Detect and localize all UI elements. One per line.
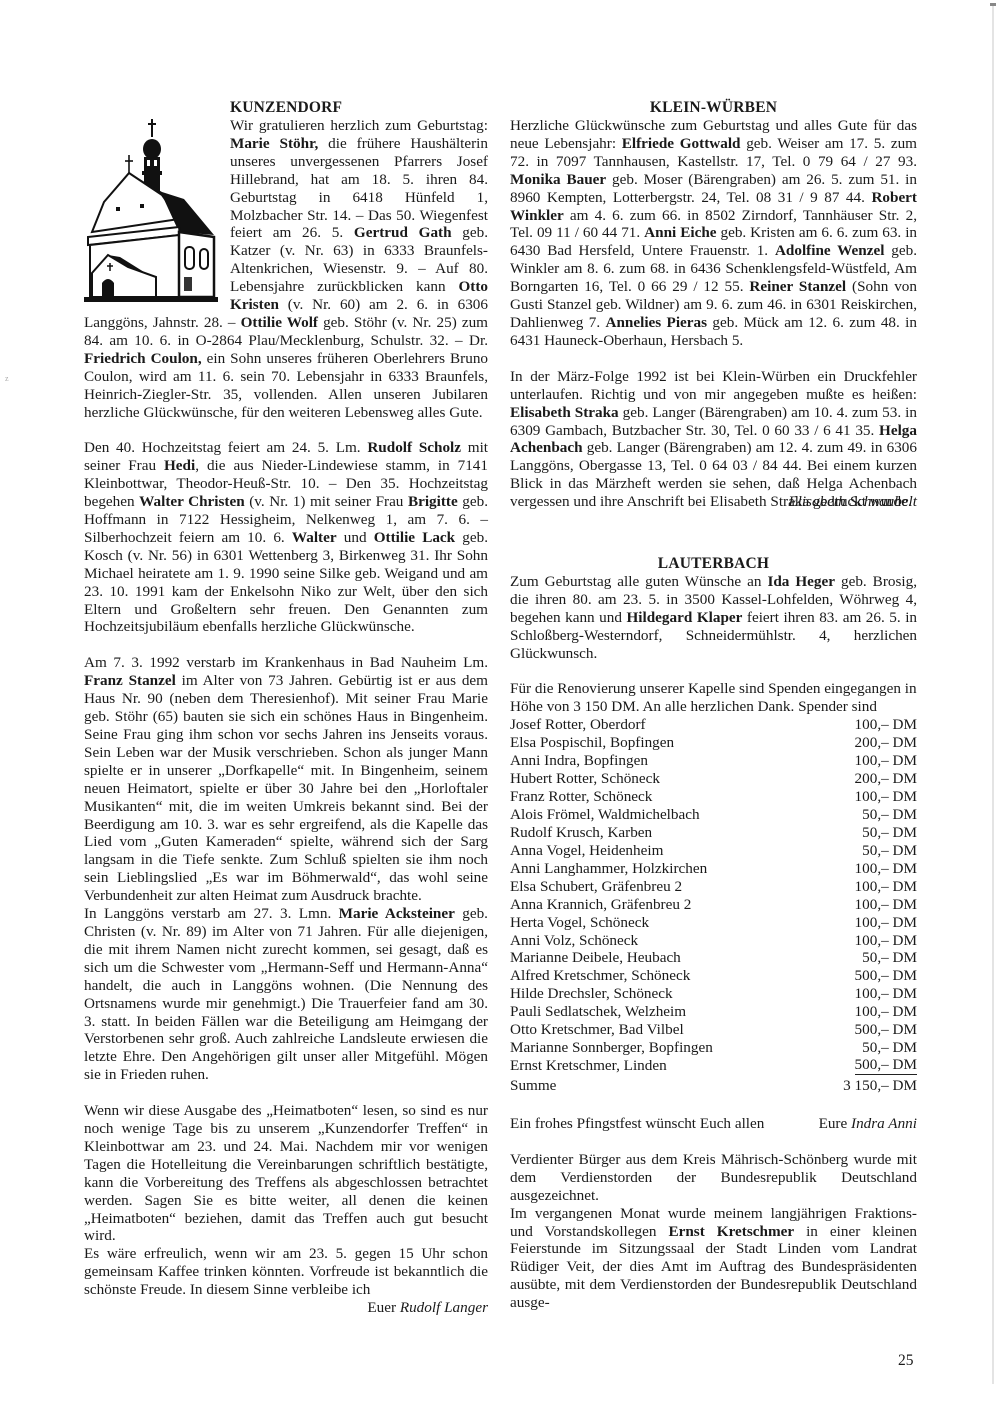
award-headline-paragraph: Verdienter Bürger aus dem Kreis Mährisch… xyxy=(510,1151,917,1205)
donation-row: Alfred Kretschmer, Schöneck500,– DM xyxy=(510,967,917,985)
sum-amount: 3 150,– DM xyxy=(843,1077,917,1097)
donation-amount: 50,– DM xyxy=(862,806,917,824)
person-name: Marie Acksteiner xyxy=(339,905,455,922)
person-name: Monika Bauer xyxy=(510,171,606,188)
donation-row: Franz Rotter, Schöneck100,– DM xyxy=(510,788,917,806)
person-name: Adolfine Wenzel xyxy=(775,242,885,259)
donation-row: Marianne Sonnberger, Bopfingen50,– DM xyxy=(510,1039,917,1057)
text-run: im Alter von 73 Jahren. Gebürtig ist er … xyxy=(84,672,488,904)
page-number: 25 xyxy=(898,1352,914,1370)
person-name: Brigitte xyxy=(408,493,458,510)
text-run: geb. Christen (v. Nr. 89) im Alter von 7… xyxy=(84,905,488,1083)
page-edge-shadow xyxy=(992,4,994,1384)
person-name: Anni Eiche xyxy=(644,224,716,241)
donation-row: Elsa Schubert, Gräfenbreu 2100,– DM xyxy=(510,878,917,896)
person-name: Hildegard Klaper xyxy=(626,609,742,626)
donor-name: Hilde Drechsler, Schöneck xyxy=(510,985,673,1003)
person-name: Marie Stöhr, xyxy=(230,135,318,152)
person-name: Ida Heger xyxy=(767,573,835,590)
donation-row: Elsa Pospischil, Bopfingen200,– DM xyxy=(510,734,917,752)
donation-row: Ernst Kretschmer, Linden500,– DM xyxy=(510,1057,917,1075)
person-name: Friedrich Coulon, xyxy=(84,350,202,367)
signature-rudolf-langer: Euer Rudolf Langer xyxy=(84,1299,488,1317)
donation-amount: 500,– DM xyxy=(855,1021,917,1039)
person-name: Elfriede Gottwald xyxy=(622,135,741,152)
donation-amount: 500,– DM xyxy=(855,1057,917,1075)
person-name: Annelies Pieras xyxy=(606,314,708,331)
donor-name: Marianne Sonnberger, Bopfingen xyxy=(510,1039,713,1057)
church-illustration xyxy=(84,107,220,307)
donor-name: Pauli Sedlatschek, Welzheim xyxy=(510,1003,686,1021)
donation-amount: 100,– DM xyxy=(855,914,917,932)
donation-row: Josef Rotter, Oberdorf100,– DM xyxy=(510,716,917,734)
donations-sum-row: Summe 3 150,– DM xyxy=(510,1077,917,1097)
donation-amount: 100,– DM xyxy=(855,716,917,734)
text-run: In Langgöns verstarb am 27. 3. Lmn. xyxy=(84,905,339,922)
donation-row: Alois Frömel, Waldmichelbach50,– DM xyxy=(510,806,917,824)
greeting-signature: Eure Indra Anni xyxy=(819,1115,917,1133)
donation-amount: 100,– DM xyxy=(855,896,917,914)
donor-name: Alois Frömel, Waldmichelbach xyxy=(510,806,700,824)
text-run: und xyxy=(337,529,374,546)
donations-intro: Für die Renovierung unserer Kapelle sind… xyxy=(510,680,917,716)
donor-name: Anni Volz, Schöneck xyxy=(510,932,638,950)
donation-row: Herta Vogel, Schöneck100,– DM xyxy=(510,914,917,932)
donation-row: Hubert Rotter, Schöneck200,– DM xyxy=(510,770,917,788)
pfingst-greeting: Ein frohes Pfingstfest wünscht Euch alle… xyxy=(510,1115,917,1133)
kunzendorf-anniversaries-paragraph: Den 40. Hochzeitstag feiert am 24. 5. Lm… xyxy=(84,439,488,636)
award-body-paragraph: Im vergangenen Monat wurde meinem langjä… xyxy=(510,1205,917,1312)
donor-name: Alfred Kretschmer, Schöneck xyxy=(510,967,690,985)
donation-amount: 100,– DM xyxy=(855,752,917,770)
donation-amount: 50,– DM xyxy=(862,842,917,860)
donation-row: Rudolf Krusch, Karben50,– DM xyxy=(510,824,917,842)
donation-amount: 100,– DM xyxy=(855,1003,917,1021)
text-run: Wenn wir diese Ausgabe des „Heimatboten“… xyxy=(84,1102,488,1244)
signature-name: Rudolf Langer xyxy=(400,1299,488,1316)
donor-name: Elsa Schubert, Gräfenbreu 2 xyxy=(510,878,682,896)
klein-wuerben-birthdays-paragraph: Herzliche Glückwünsche zum Geburtstag un… xyxy=(510,117,917,350)
donor-name: Anna Vogel, Heidenheim xyxy=(510,842,663,860)
donation-amount: 100,– DM xyxy=(855,932,917,950)
donor-name: Hubert Rotter, Schöneck xyxy=(510,770,660,788)
donation-amount: 100,– DM xyxy=(855,878,917,896)
donor-name: Otto Kretschmer, Bad Vilbel xyxy=(510,1021,684,1039)
donation-amount: 500,– DM xyxy=(855,967,917,985)
text-run: Zum Geburtstag alle guten Wünsche an xyxy=(510,573,767,590)
donation-row: Anna Vogel, Heidenheim50,– DM xyxy=(510,842,917,860)
donations-list: Josef Rotter, Oberdorf100,– DMElsa Pospi… xyxy=(510,716,917,1075)
person-name: Ottilie Lack xyxy=(374,529,455,546)
person-name: Ernst Kretschmer xyxy=(668,1223,794,1240)
greeting-text: Ein frohes Pfingstfest wünscht Euch alle… xyxy=(510,1115,764,1133)
donor-name: Ernst Kretschmer, Linden xyxy=(510,1057,667,1075)
donor-name: Rudolf Krusch, Karben xyxy=(510,824,652,842)
donation-row: Otto Kretschmer, Bad Vilbel500,– DM xyxy=(510,1021,917,1039)
donor-name: Herta Vogel, Schöneck xyxy=(510,914,649,932)
donation-amount: 200,– DM xyxy=(855,770,917,788)
donation-amount: 50,– DM xyxy=(862,949,917,967)
donor-name: Anni Indra, Bopfingen xyxy=(510,752,648,770)
person-name: Ottilie Wolf xyxy=(241,314,318,331)
signature-prefix: Euer xyxy=(367,1299,399,1316)
donor-name: Anna Krannich, Gräfenbreu 2 xyxy=(510,896,691,914)
donation-row: Marianne Deibele, Heubach50,– DM xyxy=(510,949,917,967)
donation-row: Anni Indra, Bopfingen100,– DM xyxy=(510,752,917,770)
text-run: Den 40. Hochzeitstag feiert am 24. 5. Lm… xyxy=(84,439,367,456)
right-column: KLEIN-WÜRBEN Herzliche Glückwünsche zum … xyxy=(510,99,917,1312)
person-name: Reiner Stanzel xyxy=(749,278,846,295)
greeting-signature-name: Indra Anni xyxy=(851,1115,917,1132)
lauterbach-birthdays-paragraph: Zum Geburtstag alle guten Wünsche an Ida… xyxy=(510,573,917,663)
person-name: Walter xyxy=(292,529,337,546)
person-name: Walter Christen xyxy=(139,493,245,510)
left-column: KUNZENDORF Wir gratulieren herzlich zum … xyxy=(84,99,488,1317)
text-run: Wir gratulieren herzlich zum Geburtstag: xyxy=(230,117,488,134)
donor-name: Elsa Pospischil, Bopfingen xyxy=(510,734,674,752)
donation-amount: 50,– DM xyxy=(862,824,917,842)
klein-wuerben-correction-paragraph: In der März-Folge 1992 ist bei Klein-Wür… xyxy=(510,368,917,511)
donation-amount: 100,– DM xyxy=(855,860,917,878)
donor-name: Marianne Deibele, Heubach xyxy=(510,949,681,967)
donation-row: Anni Langhammer, Holzkirchen100,– DM xyxy=(510,860,917,878)
person-name: Hedi xyxy=(164,457,195,474)
text-run: (v. Nr. 1) mit seiner Frau xyxy=(245,493,408,510)
donor-name: Josef Rotter, Oberdorf xyxy=(510,716,646,734)
margin-mark: z xyxy=(5,374,9,383)
person-name: Gertrud Gath xyxy=(354,224,452,241)
donation-row: Anni Volz, Schöneck100,– DM xyxy=(510,932,917,950)
treffen-coffee-paragraph: Es wäre erfreulich, wenn wir am 23. 5. g… xyxy=(84,1245,488,1299)
donor-name: Anni Langhammer, Holzkirchen xyxy=(510,860,707,878)
page-edge-mark xyxy=(990,3,996,6)
person-name: Elisabeth Straka xyxy=(510,404,619,421)
donation-row: Anna Krannich, Gräfenbreu 2100,– DM xyxy=(510,896,917,914)
text-run: Am 7. 3. 1992 verstarb im Krankenhaus in… xyxy=(84,654,488,671)
signature-name: Elisabeth Schnaubelt xyxy=(788,493,917,510)
person-name: Rudolf Scholz xyxy=(367,439,461,456)
donor-name: Franz Rotter, Schöneck xyxy=(510,788,652,806)
donation-row: Hilde Drechsler, Schöneck100,– DM xyxy=(510,985,917,1003)
donation-amount: 100,– DM xyxy=(855,985,917,1003)
obituary-franz-stanzel-paragraph: Am 7. 3. 1992 verstarb im Krankenhaus in… xyxy=(84,654,488,905)
person-name: Franz Stanzel xyxy=(84,672,176,689)
text-run: In der März-Folge 1992 ist bei Klein-Wür… xyxy=(510,368,917,403)
greeting-signature-prefix: Eure xyxy=(819,1115,851,1132)
donation-amount: 200,– DM xyxy=(855,734,917,752)
treffen-announcement-paragraph: Wenn wir diese Ausgabe des „Heimatboten“… xyxy=(84,1102,488,1245)
obituary-marie-acksteiner-paragraph: In Langgöns verstarb am 27. 3. Lmn. Mari… xyxy=(84,905,488,1084)
sum-label: Summe xyxy=(510,1077,556,1097)
section-title-lauterbach: LAUTERBACH xyxy=(510,555,917,573)
donation-amount: 50,– DM xyxy=(862,1039,917,1057)
section-title-klein-wuerben: KLEIN-WÜRBEN xyxy=(510,99,917,117)
donation-amount: 100,– DM xyxy=(855,788,917,806)
text-run: Es wäre erfreulich, wenn wir am 23. 5. g… xyxy=(84,1245,488,1298)
donation-row: Pauli Sedlatschek, Welzheim100,– DM xyxy=(510,1003,917,1021)
